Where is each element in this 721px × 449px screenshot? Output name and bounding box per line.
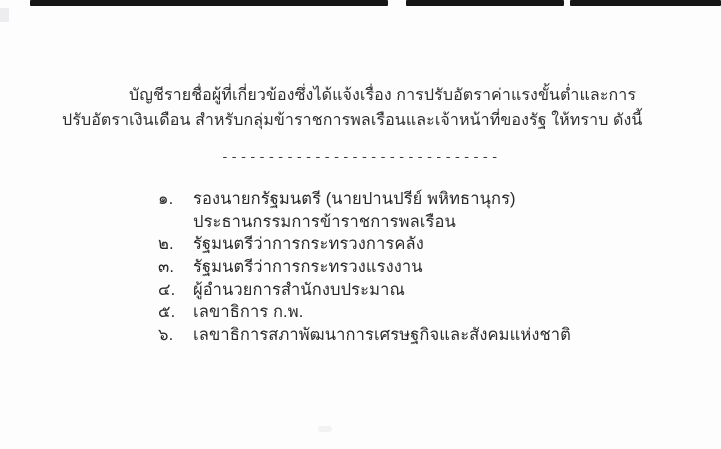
scan-edge-mark [0,8,9,22]
list-item-number: ๓. [158,256,193,279]
list-item: ๔. ผู้อำนวยการสำนักงบประมาณ [158,279,678,302]
scan-edge-artifact [406,0,564,6]
list-item-text: รองนายกรัฐมนตรี (นายปานปรีย์ พหิทธานุกร) [193,188,678,211]
list-item: ๕. เลขาธิการ ก.พ. [158,301,678,324]
dashed-separator: ------------------------------ [0,150,721,165]
intro-paragraph: บัญชีรายชื่อผู้ที่เกี่ยวข้องซึ่งได้แจ้งเ… [62,84,662,133]
list-item-text: เลขาธิการ ก.พ. [193,301,678,324]
list-item: ๑. รองนายกรัฐมนตรี (นายปานปรีย์ พหิทธานุ… [158,188,678,211]
list-item-number: ๖. [158,324,193,347]
list-item-text: ผู้อำนวยการสำนักงบประมาณ [193,279,678,302]
list-item-text: เลขาธิการสภาพัฒนาการเศรษฐกิจและสังคมแห่ง… [193,324,678,347]
scan-smudge [318,426,332,432]
list-item-continuation: ประธานกรรมการข้าราชการพลเรือน [158,211,678,234]
list-item-text: รัฐมนตรีว่าการกระทรวงแรงงาน [193,256,678,279]
scan-edge-artifact [30,0,388,6]
scanned-document-page: บัญชีรายชื่อผู้ที่เกี่ยวข้องซึ่งได้แจ้งเ… [0,0,721,449]
intro-line-2: สำหรับกลุ่มข้าราชการพลเรือนและเจ้าหน้าที… [195,112,642,129]
list-item-number: ๕. [158,301,193,324]
list-item: ๖. เลขาธิการสภาพัฒนาการเศรษฐกิจและสังคมแ… [158,324,678,347]
list-item-number: ๔. [158,279,193,302]
scan-edge-artifact [570,0,721,6]
list-item: ๓. รัฐมนตรีว่าการกระทรวงแรงงาน [158,256,678,279]
list-item-number: ๒. [158,233,193,256]
officials-list: ๑. รองนายกรัฐมนตรี (นายปานปรีย์ พหิทธานุ… [158,188,678,347]
list-item-text: รัฐมนตรีว่าการกระทรวงการคลัง [193,233,678,256]
list-item-number: ๑. [158,188,193,211]
list-item: ๒. รัฐมนตรีว่าการกระทรวงการคลัง [158,233,678,256]
list-item-text: ประธานกรรมการข้าราชการพลเรือน [193,211,678,234]
